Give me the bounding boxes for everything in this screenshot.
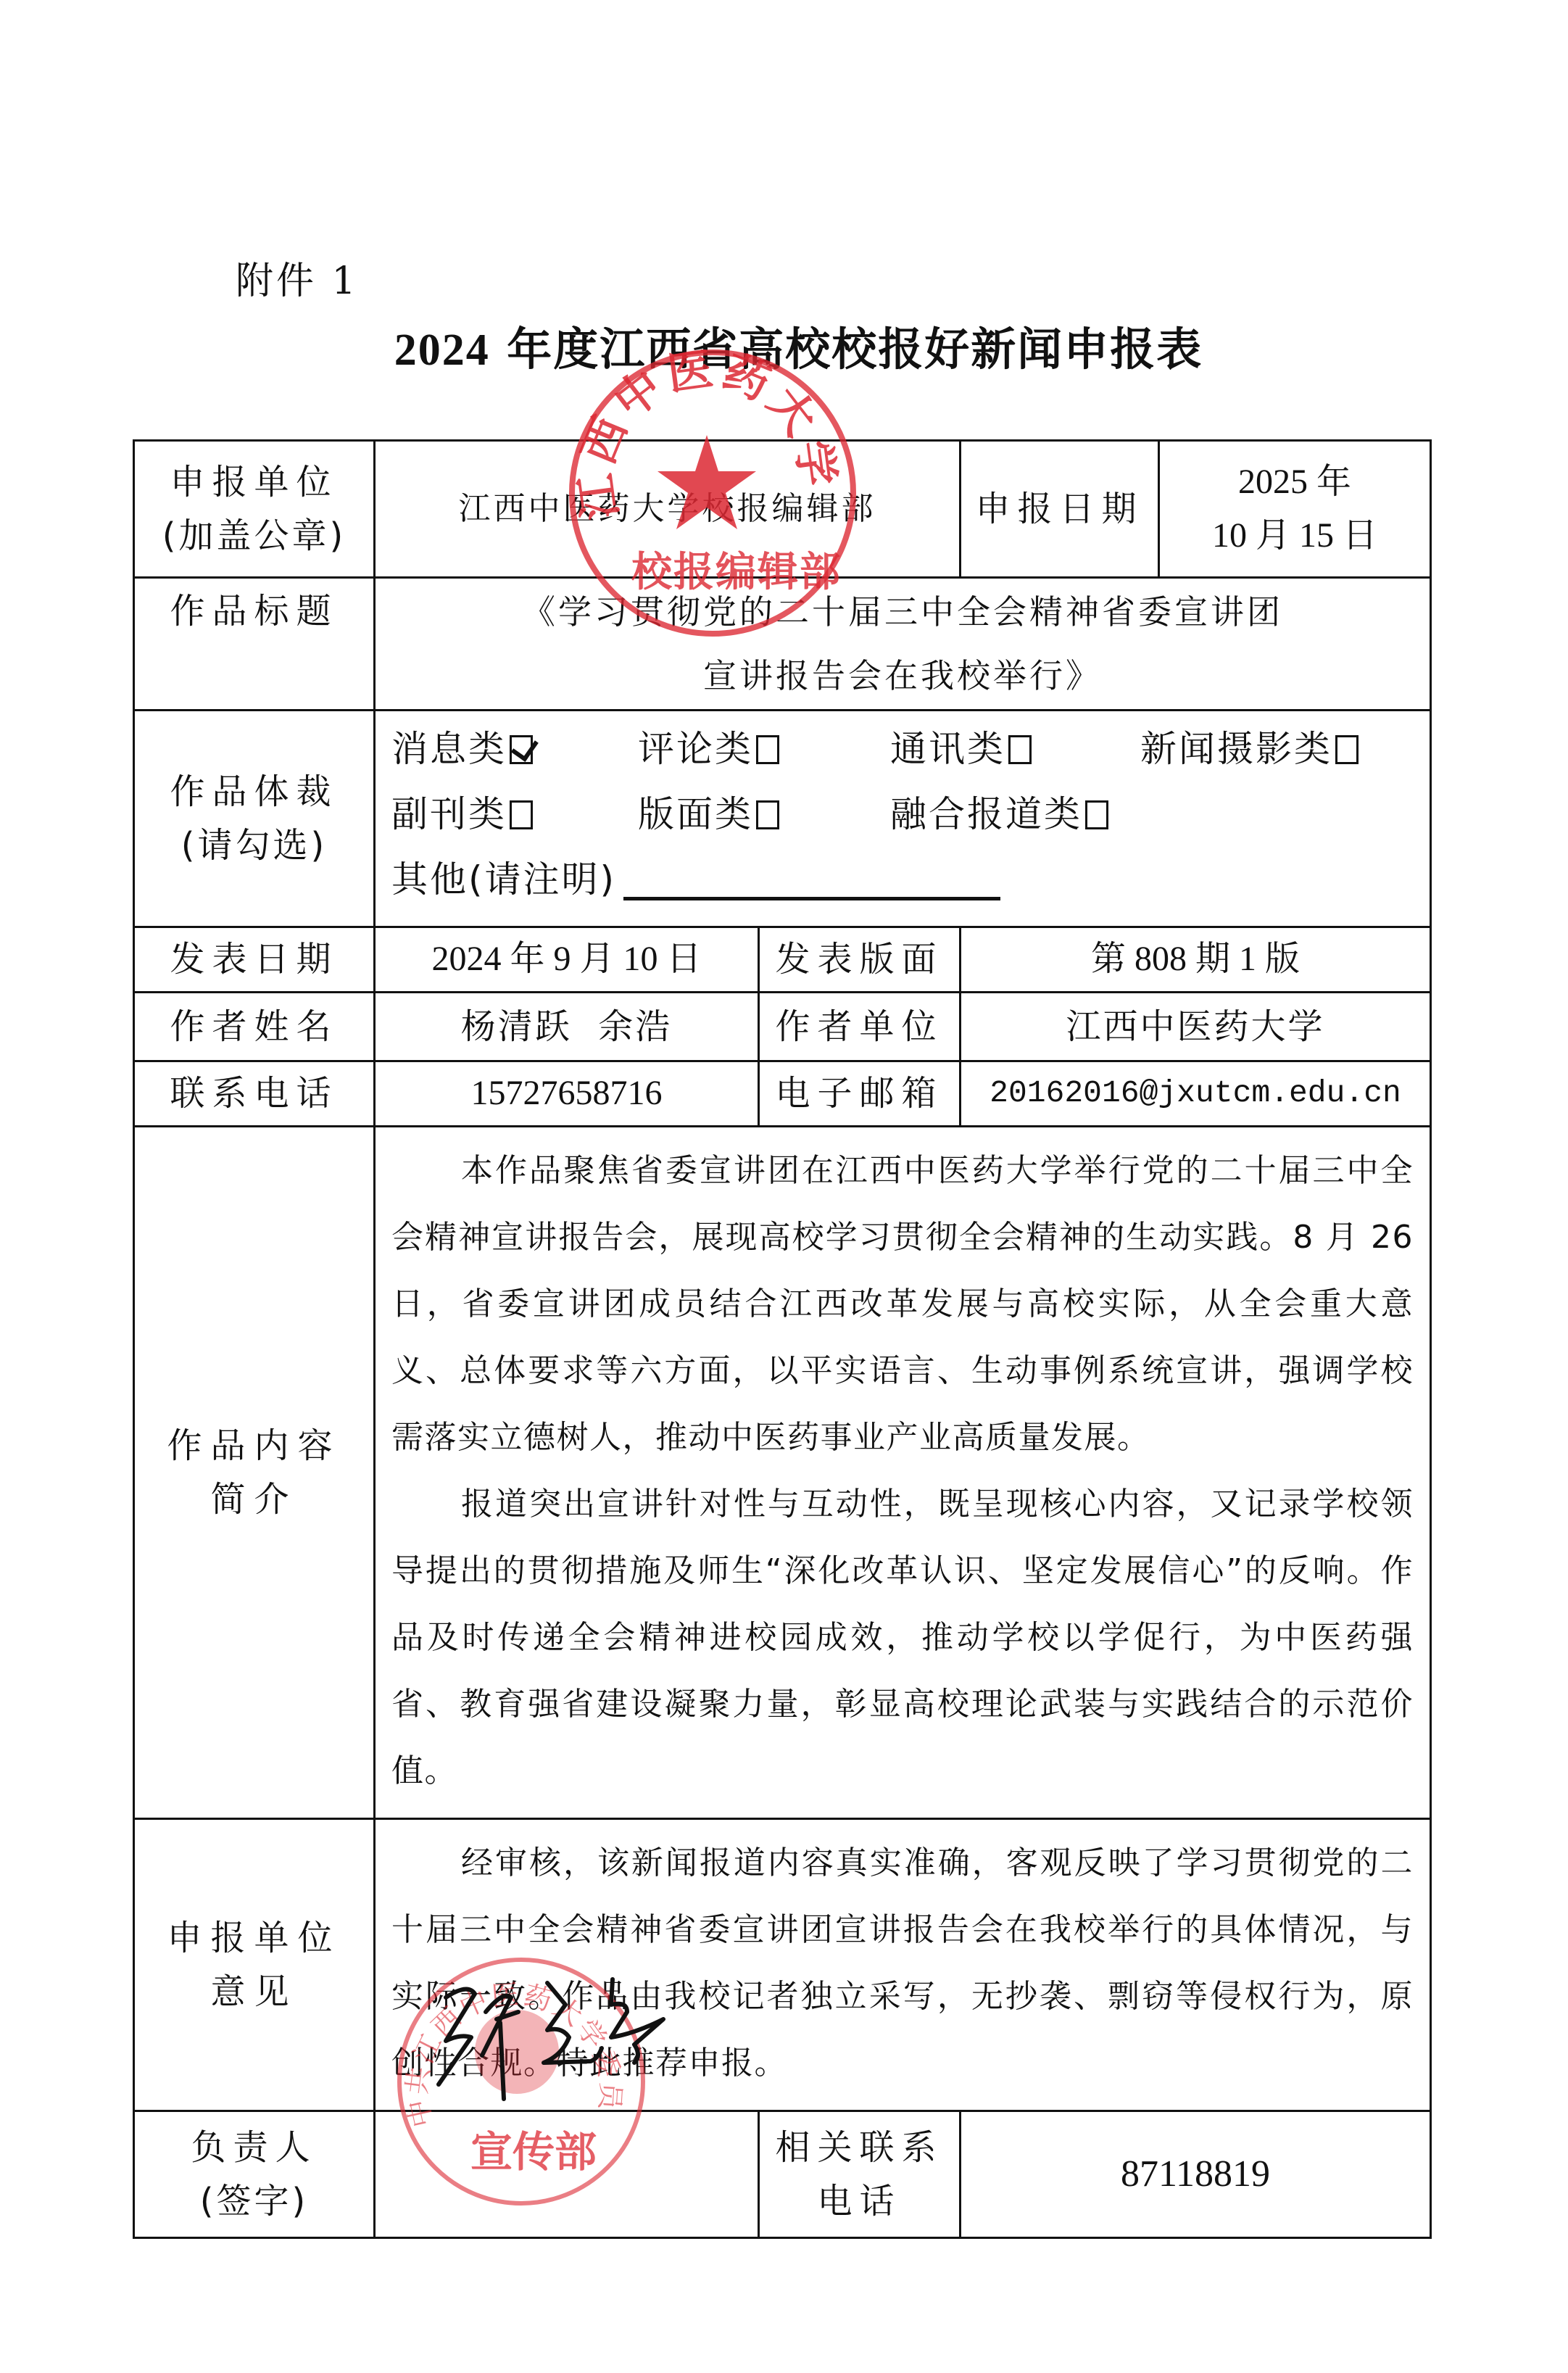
- author-name-field[interactable]: 杨清跃 余浩: [375, 993, 759, 1061]
- genre-option-feature[interactable]: 通讯类: [890, 721, 1140, 778]
- application-form-table: 申报单位 (加盖公章) 江西中医药大学校报编辑部 申报日期 2025 年 10 …: [133, 439, 1432, 2239]
- checkbox-icon[interactable]: [1335, 735, 1358, 764]
- contact-phone-field[interactable]: 87118819: [961, 2111, 1431, 2238]
- genre-options-row-1: 消息类 评论类 通讯类 新闻摄影类: [391, 717, 1430, 782]
- applicant-unit-field[interactable]: 江西中医药大学校报编辑部: [375, 441, 961, 578]
- row-author: 作者姓名 杨清跃 余浩 作者单位 江西中医药大学: [134, 993, 1431, 1061]
- label-author-unit: 作者单位: [759, 993, 961, 1061]
- checkbox-checked-icon[interactable]: [510, 735, 533, 764]
- genre-option-supplement[interactable]: 副刊类: [391, 787, 638, 843]
- summary-field[interactable]: 本作品聚焦省委宣讲团在江西中医药大学举行党的二十届三中全会精神宣讲报告会，展现高…: [375, 1127, 1431, 1819]
- genre-other-label: 其他(请注明): [391, 852, 616, 908]
- genre-option-commentary[interactable]: 评论类: [638, 721, 890, 778]
- genre-other-input[interactable]: [623, 861, 1000, 900]
- row-publish: 发表日期 2024 年 9 月 10 日 发表版面 第 808 期 1 版: [134, 927, 1431, 993]
- opinion-text: 经审核，该新闻报道内容真实准确，客观反映了学习贯彻党的二十届三中全会精神省委宣讲…: [391, 1830, 1414, 2097]
- summary-paragraph-2: 报道突出宣讲针对性与互动性，既呈现核心内容，又记录学校领导提出的贯彻措施及师生“…: [391, 1471, 1414, 1805]
- label-phone: 联系电话: [134, 1061, 375, 1127]
- genre-options: 消息类 评论类 通讯类 新闻摄影类 副刊类 版面类 融合报道类 其他(请注明): [375, 711, 1431, 927]
- signature-field[interactable]: [375, 2111, 759, 2238]
- row-applicant-unit: 申报单位 (加盖公章) 江西中医药大学校报编辑部 申报日期 2025 年 10 …: [134, 441, 1431, 578]
- page-title: 2024 年度江西省高校校报好新闻申报表: [0, 313, 1568, 378]
- checkbox-icon[interactable]: [1008, 735, 1032, 764]
- row-summary: 作品内容 简介 本作品聚焦省委宣讲团在江西中医药大学举行党的二十届三中全会精神宣…: [134, 1127, 1431, 1819]
- genre-options-row-2: 副刊类 版面类 融合报道类: [391, 782, 1430, 848]
- attachment-label: 附件 1: [236, 250, 359, 305]
- row-genre: 作品体裁 (请勾选) 消息类 评论类 通讯类 新闻摄影类 副刊类 版面类 融合报…: [134, 711, 1431, 927]
- author-unit-field[interactable]: 江西中医药大学: [961, 993, 1431, 1061]
- genre-other-row: 其他(请注明): [391, 848, 1430, 913]
- publish-date-field[interactable]: 2024 年 9 月 10 日: [375, 927, 759, 993]
- label-genre: 作品体裁 (请勾选): [134, 711, 375, 927]
- publish-page-field[interactable]: 第 808 期 1 版: [961, 927, 1431, 993]
- label-contact-phone: 相关联系 电话: [759, 2111, 961, 2238]
- row-responsible: 负责人 (签字) 相关联系 电话 87118819: [134, 2111, 1431, 2238]
- genre-option-layout[interactable]: 版面类: [638, 787, 890, 843]
- phone-field[interactable]: 15727658716: [375, 1061, 759, 1127]
- label-summary: 作品内容 简介: [134, 1127, 375, 1819]
- genre-option-photo[interactable]: 新闻摄影类: [1140, 721, 1358, 778]
- title-text: 年度江西省高校校报好新闻申报表: [507, 323, 1203, 376]
- label-responsible: 负责人 (签字): [134, 2111, 375, 2238]
- label-applicant-unit: 申报单位 (加盖公章): [134, 441, 375, 578]
- genre-option-convergence[interactable]: 融合报道类: [890, 787, 1108, 843]
- apply-date-field[interactable]: 2025 年 10 月 15 日: [1159, 441, 1431, 578]
- label-publish-page: 发表版面: [759, 927, 961, 993]
- label-email: 电子邮箱: [759, 1061, 961, 1127]
- checkbox-icon[interactable]: [510, 800, 533, 829]
- label-work-title: 作品标题: [134, 578, 375, 711]
- checkbox-icon[interactable]: [756, 735, 779, 764]
- title-year: 2024: [394, 326, 490, 375]
- genre-option-news[interactable]: 消息类: [391, 721, 638, 778]
- email-field[interactable]: 20162016@jxutcm.edu.cn: [961, 1061, 1431, 1127]
- label-author-name: 作者姓名: [134, 993, 375, 1061]
- label-publish-date: 发表日期: [134, 927, 375, 993]
- row-contact: 联系电话 15727658716 电子邮箱 20162016@jxutcm.ed…: [134, 1061, 1431, 1127]
- opinion-field[interactable]: 经审核，该新闻报道内容真实准确，客观反映了学习贯彻党的二十届三中全会精神省委宣讲…: [375, 1819, 1431, 2111]
- checkbox-icon[interactable]: [1085, 800, 1108, 829]
- label-opinion: 申报单位 意见: [134, 1819, 375, 2111]
- label-apply-date: 申报日期: [961, 441, 1159, 578]
- work-title-field[interactable]: 《学习贯彻党的二十届三中全会精神省委宣讲团 宣讲报告会在我校举行》: [375, 578, 1431, 711]
- row-work-title: 作品标题 《学习贯彻党的二十届三中全会精神省委宣讲团 宣讲报告会在我校举行》: [134, 578, 1431, 711]
- checkbox-icon[interactable]: [756, 800, 779, 829]
- row-opinion: 申报单位 意见 经审核，该新闻报道内容真实准确，客观反映了学习贯彻党的二十届三中…: [134, 1819, 1431, 2111]
- summary-paragraph-1: 本作品聚焦省委宣讲团在江西中医药大学举行党的二十届三中全会精神宣讲报告会，展现高…: [391, 1138, 1414, 1471]
